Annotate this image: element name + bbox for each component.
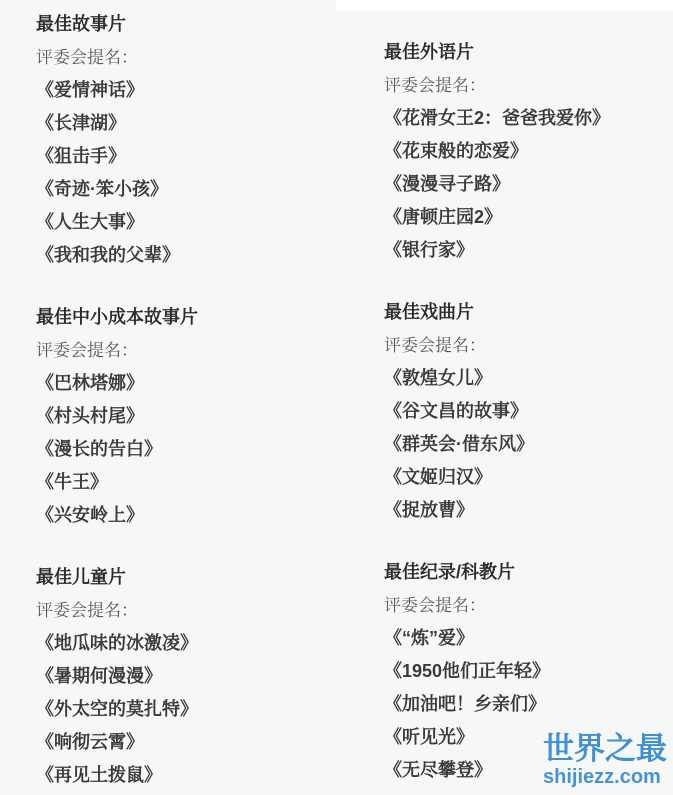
award-category-title: 最佳儿童片 — [36, 561, 336, 594]
jury-nomination-label: 评委会提名： — [36, 334, 336, 367]
nominee-film-title: 《村头村尾》 — [36, 400, 336, 433]
nominee-film-title: 《敦煌女儿》 — [384, 362, 673, 395]
nominee-film-title: 《“炼”爱》 — [384, 622, 673, 655]
nominee-film-title: 《唐顿庄园2》 — [384, 201, 673, 234]
award-section-best-small-budget-film: 最佳中小成本故事片 评委会提名： 《巴林塔娜》 《村头村尾》 《漫长的告白》 《… — [36, 301, 336, 532]
nominee-film-title: 《漫长的告白》 — [36, 433, 336, 466]
nominee-film-title: 《人生大事》 — [36, 206, 336, 239]
jury-nomination-label: 评委会提名： — [36, 41, 336, 74]
award-category-title: 最佳纪录/科教片 — [384, 556, 673, 589]
top-white-strip — [336, 0, 673, 10]
nominee-film-title: 《花滑女王2：爸爸我爱你》 — [384, 102, 673, 135]
nominee-film-title: 《狙击手》 — [36, 140, 336, 173]
nominations-column-right: 最佳外语片 评委会提名： 《花滑女王2：爸爸我爱你》 《花束般的恋爱》 《漫漫寻… — [384, 36, 673, 787]
award-section-best-feature-film: 最佳故事片 评委会提名： 《爱情神话》 《长津湖》 《狙击手》 《奇迹·笨小孩》… — [36, 8, 336, 272]
jury-nomination-label: 评委会提名： — [384, 589, 673, 622]
nominee-film-title: 《谷文昌的故事》 — [384, 395, 673, 428]
nominee-film-title: 《加油吧！乡亲们》 — [384, 688, 673, 721]
nominee-film-title: 《爱情神话》 — [36, 74, 336, 107]
nominations-column-left: 最佳故事片 评委会提名： 《爱情神话》 《长津湖》 《狙击手》 《奇迹·笨小孩》… — [36, 8, 336, 792]
nominee-film-title: 《群英会·借东风》 — [384, 428, 673, 461]
nominee-film-title: 《巴林塔娜》 — [36, 367, 336, 400]
award-section-best-foreign-film: 最佳外语片 评委会提名： 《花滑女王2：爸爸我爱你》 《花束般的恋爱》 《漫漫寻… — [384, 36, 673, 267]
jury-nomination-label: 评委会提名： — [36, 594, 336, 627]
nominee-film-title: 《暑期何漫漫》 — [36, 660, 336, 693]
award-category-title: 最佳戏曲片 — [384, 296, 673, 329]
nominee-film-title: 《漫漫寻子路》 — [384, 168, 673, 201]
site-watermark-logo-text: 世界之最 — [543, 732, 669, 766]
jury-nomination-label: 评委会提名： — [384, 329, 673, 362]
award-category-title: 最佳故事片 — [36, 8, 336, 41]
nominee-film-title: 《1950他们正年轻》 — [384, 655, 673, 688]
nominee-film-title: 《牛王》 — [36, 466, 336, 499]
jury-nomination-label: 评委会提名： — [384, 69, 673, 102]
site-watermark-domain: shijiezz.com — [543, 766, 669, 788]
nominee-film-title: 《文姬归汉》 — [384, 461, 673, 494]
award-section-best-children-film: 最佳儿童片 评委会提名： 《地瓜味的冰激凌》 《暑期何漫漫》 《外太空的莫扎特》… — [36, 561, 336, 792]
nominee-film-title: 《奇迹·笨小孩》 — [36, 173, 336, 206]
nominee-film-title: 《再见土拨鼠》 — [36, 759, 336, 792]
award-category-title: 最佳外语片 — [384, 36, 673, 69]
nominee-film-title: 《捉放曹》 — [384, 494, 673, 527]
site-watermark: 世界之最 shijiezz.com — [543, 732, 669, 788]
nominee-film-title: 《长津湖》 — [36, 107, 336, 140]
award-category-title: 最佳中小成本故事片 — [36, 301, 336, 334]
award-section-best-opera-film: 最佳戏曲片 评委会提名： 《敦煌女儿》 《谷文昌的故事》 《群英会·借东风》 《… — [384, 296, 673, 527]
nominee-film-title: 《响彻云霄》 — [36, 726, 336, 759]
nominee-film-title: 《外太空的莫扎特》 — [36, 693, 336, 726]
nominee-film-title: 《地瓜味的冰激凌》 — [36, 627, 336, 660]
nominee-film-title: 《兴安岭上》 — [36, 499, 336, 532]
nominee-film-title: 《我和我的父辈》 — [36, 239, 336, 272]
nominee-film-title: 《花束般的恋爱》 — [384, 135, 673, 168]
nominee-film-title: 《银行家》 — [384, 234, 673, 267]
